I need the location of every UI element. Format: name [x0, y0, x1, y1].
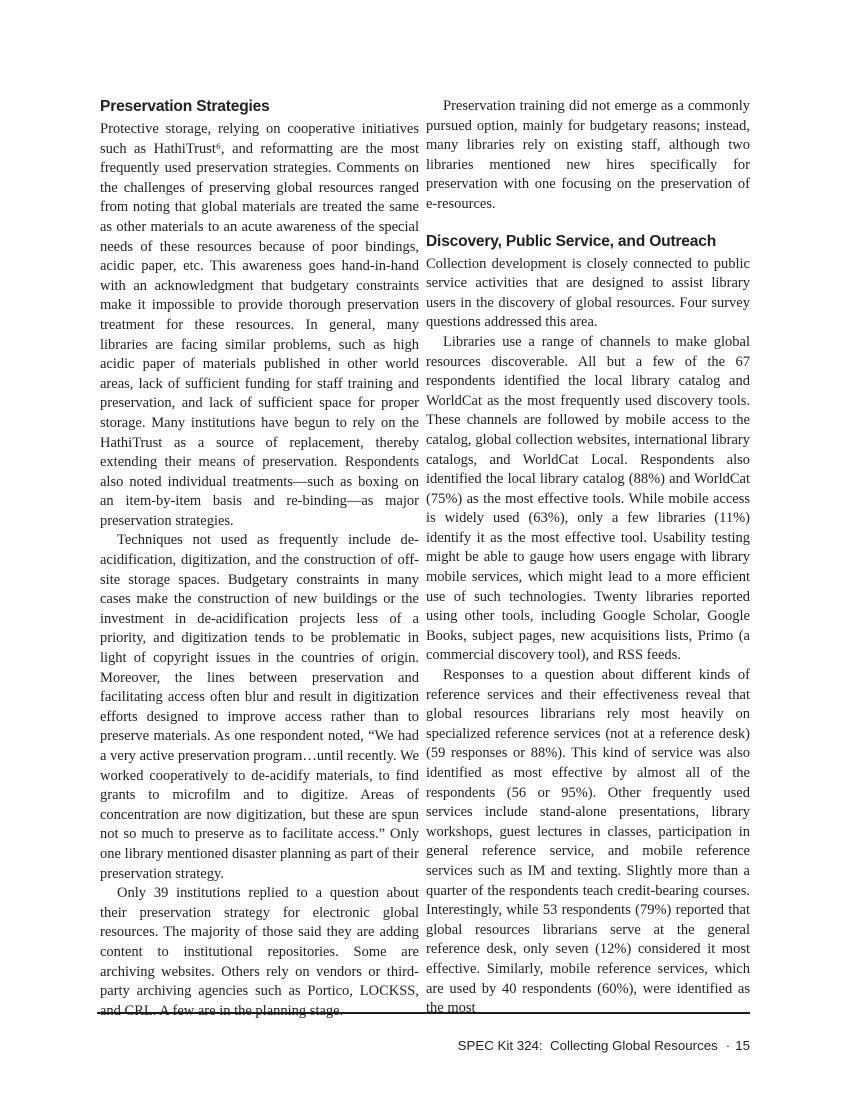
footer-divider-line: [97, 1012, 750, 1014]
paragraph-preservation-1: Protective storage, relying on cooperati…: [100, 120, 419, 531]
footer-publication-title: SPEC Kit 324: Collecting Global Resource…: [458, 1038, 718, 1053]
right-column: Preservation training did not emerge as …: [426, 97, 750, 1021]
two-column-text: Preservation Strategies Protective stora…: [100, 97, 750, 1021]
document-page: Preservation Strategies Protective stora…: [0, 0, 849, 1100]
page-number: 15: [735, 1038, 750, 1053]
paragraph-discovery-3: Responses to a question about different …: [426, 666, 750, 1019]
section-heading-discovery-public-service-outreach: Discovery, Public Service, and Outreach: [426, 232, 750, 252]
paragraph-preservation-3: Only 39 institutions replied to a questi…: [100, 884, 419, 1021]
paragraph-preservation-training: Preservation training did not emerge as …: [426, 97, 750, 215]
left-column: Preservation Strategies Protective stora…: [100, 97, 419, 1021]
section-heading-preservation-strategies: Preservation Strategies: [100, 97, 419, 117]
paragraph-preservation-2: Techniques not used as frequently includ…: [100, 531, 419, 884]
paragraph-discovery-1: Collection development is closely connec…: [426, 255, 750, 333]
footer-separator-dot: ·: [726, 1037, 730, 1054]
paragraph-discovery-2: Libraries use a range of channels to mak…: [426, 333, 750, 666]
page-footer: SPEC Kit 324: Collecting Global Resource…: [443, 1020, 750, 1071]
